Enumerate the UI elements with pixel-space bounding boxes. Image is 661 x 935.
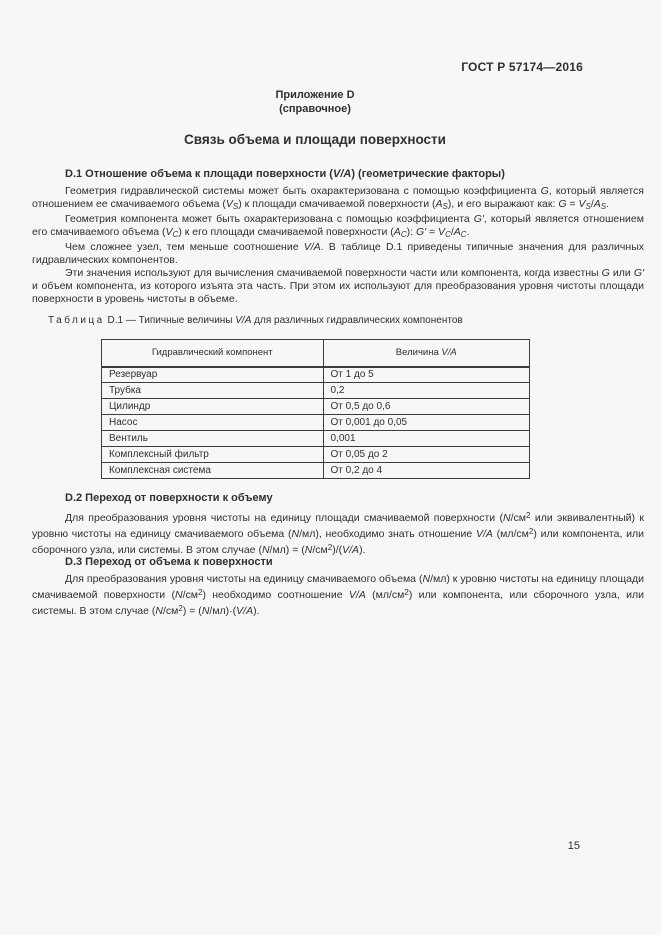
section-heading-d3: D.3 Переход от объема к поверхности [32, 556, 644, 569]
table-row: Цилиндр От 0,5 до 0,6 [102, 399, 530, 415]
value-cell: От 0,001 до 0,05 [323, 415, 529, 431]
value-cell: 0,001 [323, 431, 529, 447]
table-row: Вентиль 0,001 [102, 431, 530, 447]
table-row: Комплексный фильтр От 0,05 до 2 [102, 447, 530, 463]
component-cell: Комплексная система [102, 463, 324, 479]
value-cell: От 1 до 5 [323, 367, 529, 383]
paragraph: Для преобразования уровня чистоты на еди… [32, 573, 644, 618]
annex-type: (справочное) [32, 103, 598, 115]
column-header-component: Гидравлический компонент [102, 340, 324, 367]
annex-label: Приложение D [32, 89, 598, 101]
table-row: Комплексная система От 0,2 до 4 [102, 463, 530, 479]
page-title: Связь объема и площади поверхности [32, 132, 598, 147]
column-header-value: Величина V/A [323, 340, 529, 367]
paragraph: Эти значения используют для вычисления с… [32, 267, 644, 306]
table-row: Трубка 0,2 [102, 383, 530, 399]
value-cell: От 0,5 до 0,6 [323, 399, 529, 415]
section-d2: D.2 Переход от поверхности к объему Для … [32, 492, 644, 557]
component-cell: Трубка [102, 383, 324, 399]
value-cell: 0,2 [323, 383, 529, 399]
document-page: ГОСТ Р 57174—2016 Приложение D (справочн… [0, 0, 661, 935]
component-cell: Цилиндр [102, 399, 324, 415]
paragraph: Для преобразования уровня чистоты на еди… [32, 509, 644, 557]
section-heading-d1: D.1 Отношение объема к площади поверхнос… [32, 168, 644, 181]
value-cell: От 0,2 до 4 [323, 463, 529, 479]
table-header-row: Гидравлический компонент Величина V/A [102, 340, 530, 367]
value-cell: От 0,05 до 2 [323, 447, 529, 463]
paragraph: Чем сложнее узел, тем меньше соотношение… [32, 241, 644, 267]
section-d1-body: Геометрия гидравлической системы может б… [32, 185, 644, 306]
page-number: 15 [568, 840, 580, 852]
paragraph: Геометрия компонента может быть охаракте… [32, 213, 644, 241]
component-cell: Вентиль [102, 431, 324, 447]
va-table: Гидравлический компонент Величина V/A Ре… [101, 339, 530, 479]
component-cell: Комплексный фильтр [102, 447, 324, 463]
component-cell: Насос [102, 415, 324, 431]
section-d3: D.3 Переход от объема к поверхности Для … [32, 556, 644, 618]
doc-number: ГОСТ Р 57174—2016 [32, 60, 644, 74]
paragraph: Геометрия гидравлической системы может б… [32, 185, 644, 213]
table-row: Резервуар От 1 до 5 [102, 367, 530, 383]
table-row: Насос От 0,001 до 0,05 [102, 415, 530, 431]
component-cell: Резервуар [102, 367, 324, 383]
table-caption: Таблица D.1 — Типичные величины V/A для … [32, 314, 644, 327]
section-heading-d2: D.2 Переход от поверхности к объему [32, 492, 644, 505]
